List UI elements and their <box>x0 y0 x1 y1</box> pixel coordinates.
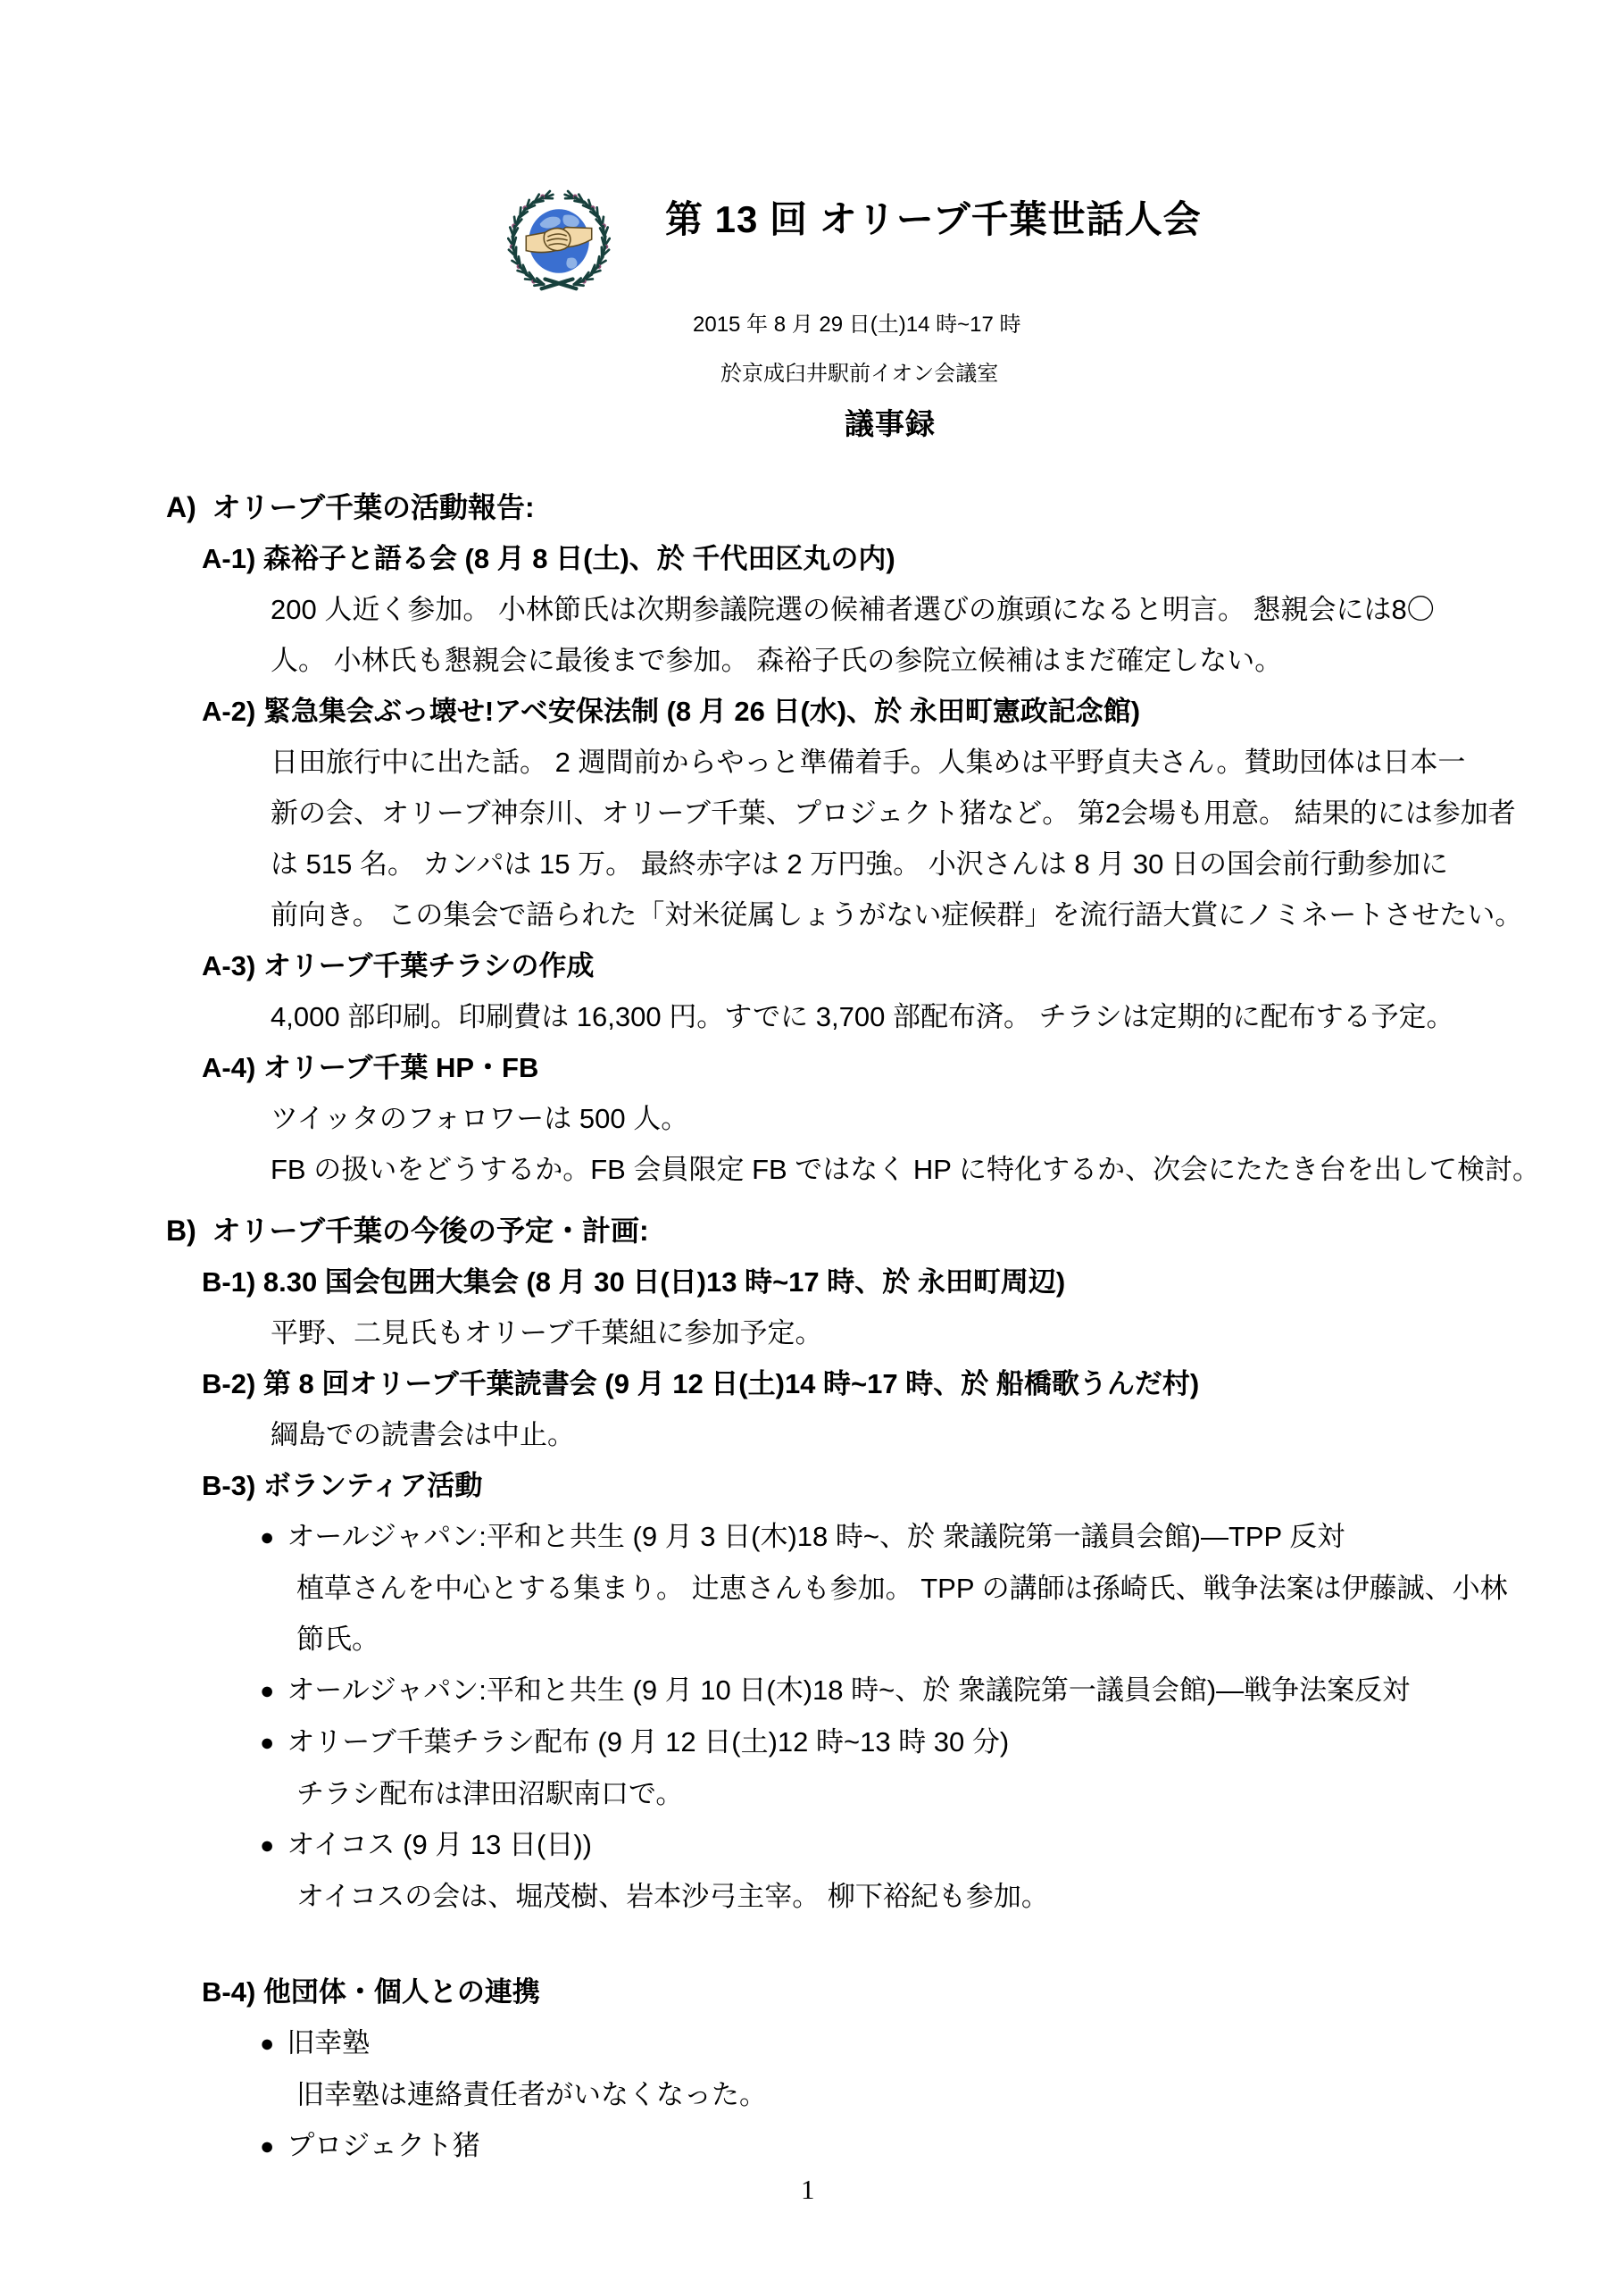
bullet-continuation-line: オイコスの会は、堀茂樹、岩本沙弓主宰。 柳下裕紀も参加。 <box>296 1871 1624 1922</box>
bullet-text: 旧幸塾 <box>287 2027 370 2058</box>
subsection-heading: B-4) 他団体・個人との連携 <box>202 1967 1624 2017</box>
text-line: 前向き。 この集会で語られた「対米従属しょうがない症候群」を流行語大賞にノミネー… <box>271 889 1624 940</box>
subsection-heading: A-3) オリーブ千葉チラシの作成 <box>202 940 1624 991</box>
bullet-text: プロジェクト猪 <box>287 2130 479 2161</box>
doc-type-label: 議事録 <box>845 406 936 442</box>
bullet-continuation-line: チラシ配布は津田沼駅南口で。 <box>296 1768 1624 1819</box>
text-line: 人。 小林氏も懇親会に最後まで参加。 森裕子氏の参院立候補はまだ確定しない。 <box>271 635 1624 686</box>
bullet-text: オリーブ千葉チラシ配布 (9 月 12 日(土)12 時~13 時 30 分) <box>287 1726 1009 1758</box>
handshake-globe-wreath-icon <box>507 186 611 296</box>
bullet-icon: ● <box>260 2133 274 2159</box>
text-line: は 515 名。 カンパは 15 万。 最終赤字は 2 万円強。 小沢さんは 8… <box>271 839 1624 889</box>
document-page: 第 13 回 オリーブ千葉世話人会 2015 年 8 月 29 日(土)14 時… <box>0 0 1624 2288</box>
text-line: 平野、二見氏もオリーブ千葉組に参加予定。 <box>271 1307 1624 1358</box>
document-body: A) オリーブ千葉の活動報告:A-1) 森裕子と語る会 (8 月 8 日(土)、… <box>0 482 1624 2172</box>
meeting-venue: 於京成臼井駅前イオン会議室 <box>720 361 998 388</box>
bullet-item: ●旧幸塾 <box>260 2017 1624 2069</box>
subsection-heading: A-4) オリーブ千葉 HP・FB <box>202 1042 1624 1093</box>
page-title: 第 13 回 オリーブ千葉世話人会 <box>665 198 1202 241</box>
text-line: FB の扱いをどうするか。FB 会員限定 FB ではなく HP に特化するか、次… <box>271 1144 1624 1195</box>
subsection-heading: B-2) 第 8 回オリーブ千葉読書会 (9 月 12 日(土)14 時~17 … <box>202 1358 1624 1409</box>
bullet-text: オールジャパン:平和と共生 (9 月 10 日(木)18 時~、於 衆議院第一議… <box>287 1674 1410 1706</box>
bullet-item: ●プロジェクト猪 <box>260 2120 1624 2172</box>
page-number: 1 <box>801 2174 815 2206</box>
bullet-continuation-line: 節氏。 <box>296 1614 1624 1665</box>
text-line: 日田旅行中に出た話。 2 週間前からやっと準備着手。人集めは平野貞夫さん。賛助団… <box>271 737 1624 788</box>
bullet-icon: ● <box>260 1832 274 1858</box>
text-line: 200 人近く参加。 小林節氏は次期参議院選の候補者選びの旗頭になると明言。 懇… <box>271 584 1624 635</box>
bullet-item: ●オリーブ千葉チラシ配布 (9 月 12 日(土)12 時~13 時 30 分) <box>260 1716 1624 1768</box>
text-line: 綱島での読書会は中止。 <box>271 1409 1624 1460</box>
text-line: ツイッタのフォロワーは 500 人。 <box>271 1093 1624 1144</box>
text-line: 新の会、オリーブ神奈川、オリーブ千葉、プロジェクト猪など。 第2会場も用意。 結… <box>271 788 1624 839</box>
bullet-icon: ● <box>260 1677 274 1704</box>
bullet-text: オールジャパン:平和と共生 (9 月 3 日(木)18 時~、於 衆議院第一議員… <box>287 1521 1345 1552</box>
bullet-text: オイコス (9 月 13 日(日)) <box>287 1829 592 1860</box>
subsection-heading: A-1) 森裕子と語る会 (8 月 8 日(土)、於 千代田区丸の内) <box>202 533 1624 584</box>
subsection-heading: B-3) ボランティア活動 <box>202 1460 1624 1511</box>
bullet-continuation-line: 旧幸塾は連絡責任者がいなくなった。 <box>296 2069 1624 2120</box>
meeting-date: 2015 年 8 月 29 日(土)14 時~17 時 <box>693 312 1021 338</box>
subsection-heading: B-1) 8.30 国会包囲大集会 (8 月 30 日(日)13 時~17 時、… <box>202 1257 1624 1307</box>
text-line: 4,000 部印刷。印刷費は 16,300 円。すでに 3,700 部配布済。 … <box>271 991 1624 1042</box>
section-heading: A) オリーブ千葉の活動報告: <box>166 482 1624 533</box>
bullet-icon: ● <box>260 1729 274 1756</box>
bullet-icon: ● <box>260 2030 274 2057</box>
bullet-item: ●オールジャパン:平和と共生 (9 月 10 日(木)18 時~、於 衆議院第一… <box>260 1665 1624 1716</box>
bullet-item: ●オイコス (9 月 13 日(日)) <box>260 1819 1624 1871</box>
subsection-heading: A-2) 緊急集会ぶっ壊せ!アベ安保法制 (8 月 26 日(水)、於 永田町憲… <box>202 686 1624 737</box>
section-heading: B) オリーブ千葉の今後の予定・計画: <box>166 1206 1624 1257</box>
bullet-item: ●オールジャパン:平和と共生 (9 月 3 日(木)18 時~、於 衆議院第一議… <box>260 1511 1624 1563</box>
bullet-icon: ● <box>260 1524 274 1550</box>
org-logo <box>491 170 595 280</box>
bullet-continuation-line: 植草さんを中心とする集まり。 辻恵さんも参加。 TPP の講師は孫崎氏、戦争法案… <box>296 1563 1624 1614</box>
